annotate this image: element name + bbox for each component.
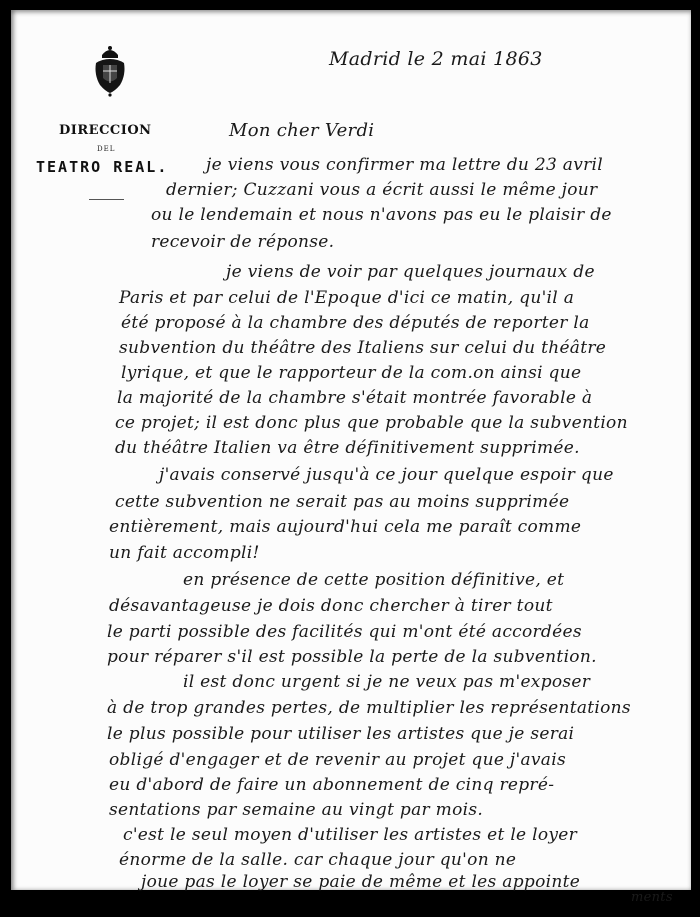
letter-line: la majorité de la chambre s'était montré…: [117, 388, 592, 408]
letter-line: je viens de voir par quelques journaux d…: [226, 262, 595, 282]
letter-line: obligé d'engager et de revenir au projet…: [109, 750, 566, 770]
letter-line: joue pas le loyer se paie de même et les…: [141, 872, 580, 892]
letter-line: eu d'abord de faire un abonnement de cin…: [109, 775, 554, 795]
letter-line: recevoir de réponse.: [151, 232, 334, 252]
letter-line: j'avais conservé jusqu'à ce jour quelque…: [159, 465, 614, 485]
letter-line: c'est le seul moyen d'utiliser les artis…: [123, 825, 577, 845]
letter-line: un fait accompli!: [109, 543, 260, 563]
letter-line: énorme de la salle. car chaque jour qu'o…: [119, 850, 516, 870]
letter-line: il est donc urgent si je ne veux pas m'e…: [183, 672, 590, 692]
letter-salutation: Mon cher Verdi: [229, 120, 374, 141]
letter-line: sentations par semaine au vingt par mois…: [109, 800, 483, 820]
letter-line: cette subvention ne serait pas au moins …: [115, 492, 569, 512]
letter-line: lyrique, et que le rapporteur de la com.…: [121, 363, 581, 383]
letter-line: désavantageuse je dois donc chercher à t…: [109, 596, 553, 616]
letter-line: subvention du théâtre des Italiens sur c…: [119, 338, 606, 358]
letter-line: pour réparer s'il est possible la perte …: [107, 647, 597, 667]
letter-line: été proposé à la chambre des députés de …: [121, 313, 590, 333]
letter-line: le parti possible des facilités qui m'on…: [107, 622, 582, 642]
letter-line: du théâtre Italien va être définitivemen…: [115, 438, 580, 458]
letter-line: entièrement, mais aujourd'hui cela me pa…: [109, 517, 581, 537]
letter-line: ce projet; il est donc plus que probable…: [115, 413, 628, 433]
letter-line: dernier; Cuzzani vous a écrit aussi le m…: [166, 180, 597, 200]
letter-line: je viens vous confirmer ma lettre du 23 …: [206, 155, 603, 175]
letter-line: Paris et par celui de l'Epoque d'ici ce …: [119, 288, 574, 308]
letterhead-teatro-real: TEATRO REAL.: [36, 158, 168, 176]
letter-page: DIRECCION DEL TEATRO REAL. Madrid le 2 m…: [11, 10, 691, 890]
letter-line: en présence de cette position définitive…: [183, 570, 564, 590]
letter-date: Madrid le 2 mai 1863: [329, 48, 543, 70]
letter-line: le plus possible pour utiliser les artis…: [107, 724, 574, 744]
letter-line: ou le lendemain et nous n'avons pas eu l…: [151, 205, 612, 225]
crest-icon: [90, 45, 130, 97]
letter-line: ments: [631, 890, 673, 905]
letterhead-divider: [89, 199, 124, 200]
letterhead-direccion: DIRECCION: [59, 123, 152, 138]
letter-line: à de trop grandes pertes, de multiplier …: [107, 698, 631, 718]
letterhead-del: DEL: [97, 145, 115, 153]
